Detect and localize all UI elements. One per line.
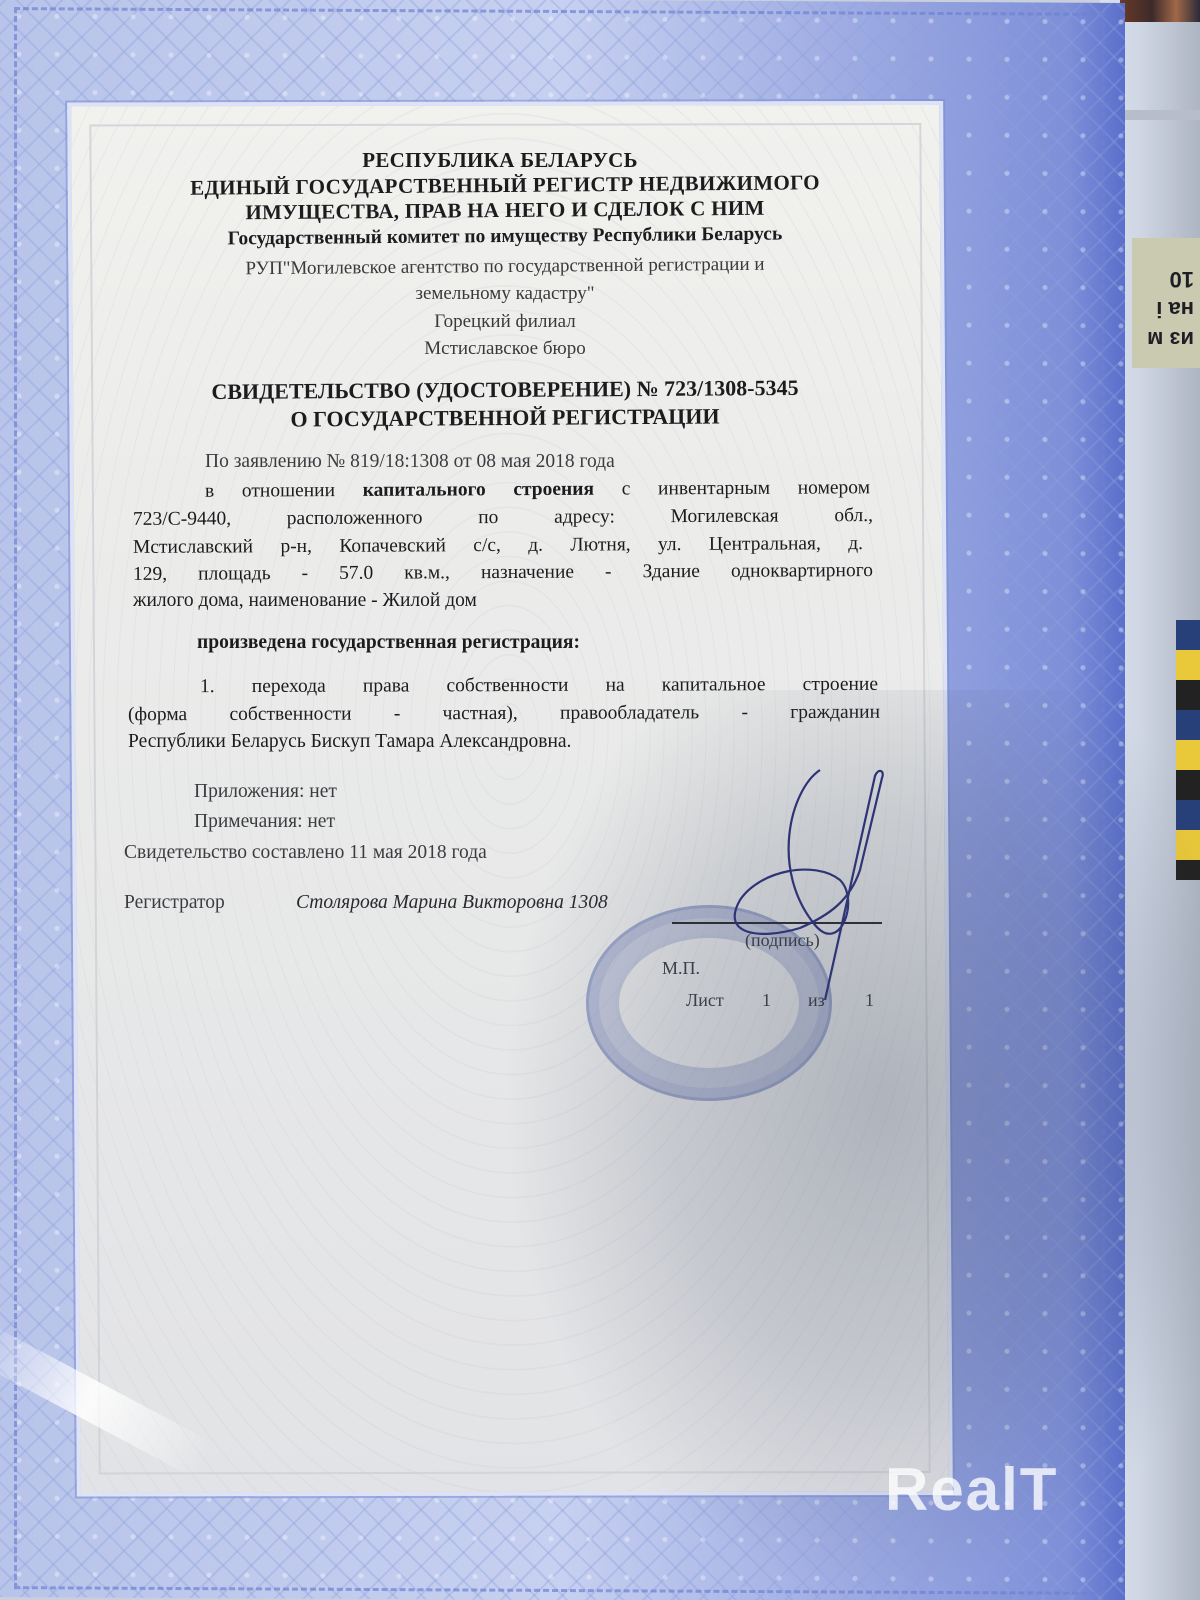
registrar-name: Столярова Марина Викторовна 1308 (296, 892, 608, 914)
registration-item-line1: 1. перехода права собственности на капит… (200, 674, 878, 698)
page-total: 1 (865, 990, 874, 1011)
object-line4: 129, площадь - 57.0 кв.м., назначение - … (133, 560, 873, 586)
signature-icon (700, 750, 930, 1010)
object-line1: в отношении капитального строения с инве… (205, 477, 870, 502)
object-line5: жилого дома, наименование - Жилой дом (133, 590, 477, 612)
background-object (1120, 0, 1200, 22)
object-line3: Мстиславский р-н, Копачевский с/с, д. Лю… (133, 533, 863, 559)
notes-line: Примечания: нет (194, 811, 335, 833)
issued-date-line: Свидетельство составлено 11 мая 2018 год… (124, 842, 487, 864)
certificate-title-line1: СВИДЕТЕЛЬСТВО (УДОСТОВЕРЕНИЕ) № 723/1308… (125, 374, 885, 405)
seal-label: М.П. (662, 958, 700, 979)
background-label: из м на і 10 (1132, 238, 1200, 368)
header-agency-line2: земельному кадастру" (125, 283, 885, 305)
watermark-logo: RealT (885, 1455, 1058, 1524)
registrar-label: Регистратор (124, 892, 225, 914)
header-bureau: Мстиславское бюро (125, 338, 885, 360)
attachments-line: Приложения: нет (194, 781, 337, 803)
page-label: Лист (686, 990, 724, 1011)
header-branch: Горецкий филиал (125, 311, 885, 333)
page-current: 1 (762, 990, 771, 1011)
background-strip (1176, 620, 1200, 880)
object-line2: 723/С-9440, расположенного по адресу: Мо… (133, 505, 873, 531)
header-country: РЕСПУБЛИКА БЕЛАРУСЬ (120, 148, 880, 173)
registration-heading: произведена государственная регистрация: (197, 632, 580, 654)
application-line: По заявлению № 819/18:1308 от 08 мая 201… (205, 451, 615, 473)
signature-caption: (подпись) (745, 930, 820, 951)
object-suffix: с инвентарным номером (594, 477, 870, 499)
certificate-title-line2: О ГОСУДАРСТВЕННОЙ РЕГИСТРАЦИИ (125, 402, 885, 433)
object-type: капитального строения (363, 479, 594, 501)
page-of-label: из (808, 990, 825, 1011)
background-shelf-edge (1125, 110, 1200, 120)
registration-item-line2: (форма собственности - частная), правооб… (128, 702, 880, 727)
registration-item-line3: Республики Беларусь Бискуп Тамара Алекса… (128, 731, 571, 753)
object-prefix: в отношении (205, 480, 363, 502)
